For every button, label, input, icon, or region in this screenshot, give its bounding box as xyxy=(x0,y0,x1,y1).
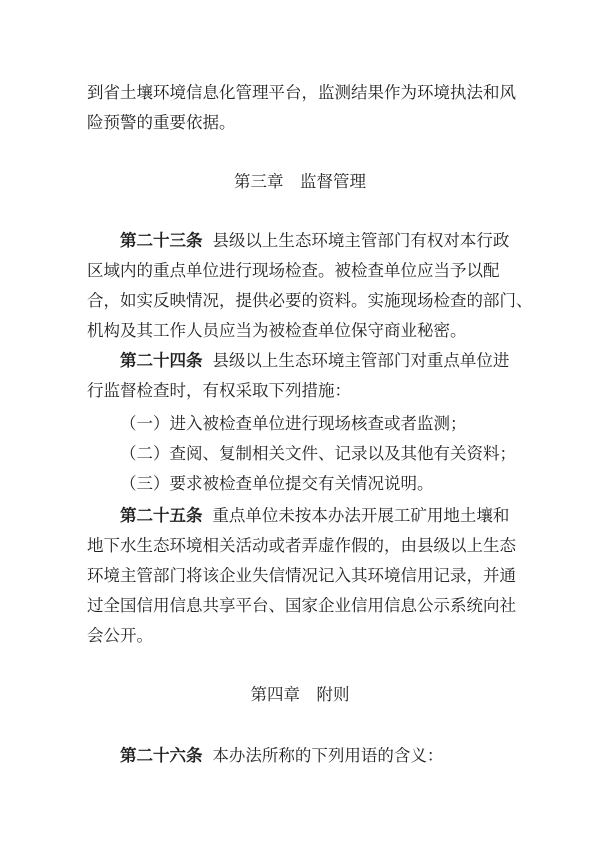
article-25-paragraph: 第二十五条重点单位未按本办法开展工矿用地土壤和 地下水生态环境相关活动或者弄虚作… xyxy=(87,501,513,651)
article-24-items: （一）进入被检查单位进行现场核查或者监测； （二）查阅、复制相关文件、记录以及其… xyxy=(87,409,513,499)
article-25-line-2: 地下水生态环境相关活动或者弄虚作假的，由县级以上生态 xyxy=(87,531,513,561)
article-23-paragraph: 第二十三条县级以上生态环境主管部门有权对本行政 区域内的重点单位进行现场检查。被… xyxy=(87,226,513,346)
article-26-first-line: 第二十六条本办法所称的下列用语的含义： xyxy=(87,741,513,771)
article-26-number: 第二十六条 xyxy=(120,747,203,765)
article-24-opening-text: 县级以上生态环境主管部门对重点单位进 xyxy=(212,352,509,370)
chapter-4-heading: 第四章 附则 xyxy=(87,680,513,710)
list-item-3: （三）要求被检查单位提交有关情况说明。 xyxy=(87,469,513,499)
article-24-line-2: 行监督检查时，有权采取下列措施： xyxy=(87,376,513,406)
intro-paragraph: 到省土壤环境信息化管理平台，监测结果作为环境执法和风 险预警的重要依据。 xyxy=(87,78,513,138)
article-23-opening-text: 县级以上生态环境主管部门有权对本行政 xyxy=(212,232,509,250)
chapter-3-heading: 第三章 监督管理 xyxy=(87,167,513,197)
article-23-number: 第二十三条 xyxy=(120,232,203,250)
article-26-opening-text: 本办法所称的下列用语的含义： xyxy=(212,747,443,765)
article-26-paragraph: 第二十六条本办法所称的下列用语的含义： xyxy=(87,741,513,771)
intro-line-1: 到省土壤环境信息化管理平台，监测结果作为环境执法和风 xyxy=(87,78,513,108)
article-25-first-line: 第二十五条重点单位未按本办法开展工矿用地土壤和 xyxy=(87,501,513,531)
article-25-line-4: 过全国信用信息共享平台、国家企业信用信息公示系统向社 xyxy=(87,591,513,621)
article-25-line-3: 环境主管部门将该企业失信情况记入其环境信用记录，并通 xyxy=(87,561,513,591)
article-24-paragraph: 第二十四条县级以上生态环境主管部门对重点单位进 行监督检查时，有权采取下列措施：… xyxy=(87,346,513,499)
article-25-opening-text: 重点单位未按本办法开展工矿用地土壤和 xyxy=(212,507,509,525)
article-24-first-line: 第二十四条县级以上生态环境主管部门对重点单位进 xyxy=(87,346,513,376)
article-24-number: 第二十四条 xyxy=(120,352,203,370)
list-item-1: （一）进入被检查单位进行现场核查或者监测； xyxy=(87,409,513,439)
article-23-line-2: 区域内的重点单位进行现场检查。被检查单位应当予以配 xyxy=(87,256,513,286)
article-23-line-4: 机构及其工作人员应当为被检查单位保守商业秘密。 xyxy=(87,316,513,346)
document-page: 到省土壤环境信息化管理平台，监测结果作为环境执法和风 险预警的重要依据。 第三章… xyxy=(0,0,600,848)
article-23-line-3: 合，如实反映情况，提供必要的资料。实施现场检查的部门、 xyxy=(87,286,513,316)
article-25-line-5: 会公开。 xyxy=(87,621,513,651)
intro-line-2: 险预警的重要依据。 xyxy=(87,108,513,138)
page-content: 到省土壤环境信息化管理平台，监测结果作为环境执法和风 险预警的重要依据。 第三章… xyxy=(0,0,600,771)
article-25-number: 第二十五条 xyxy=(120,507,203,525)
article-23-first-line: 第二十三条县级以上生态环境主管部门有权对本行政 xyxy=(87,226,513,256)
list-item-2: （二）查阅、复制相关文件、记录以及其他有关资料； xyxy=(87,439,513,469)
